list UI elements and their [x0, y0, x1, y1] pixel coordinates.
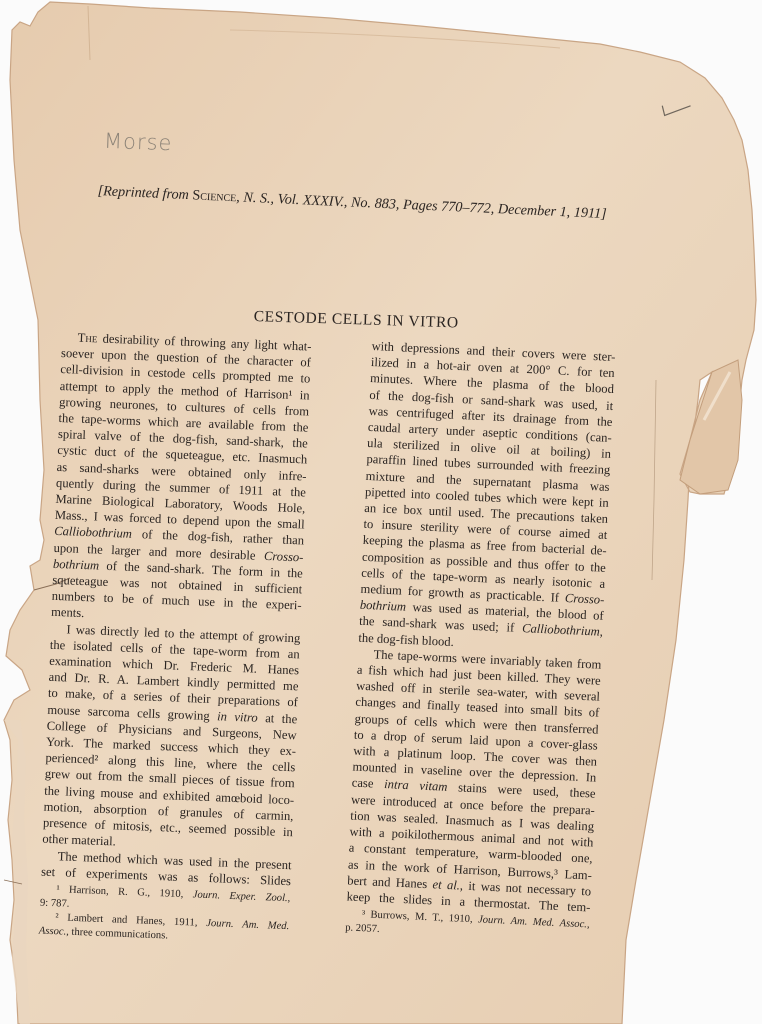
left-column: The desirability of throwing any light w…: [39, 329, 312, 948]
journal-name: Science: [192, 187, 237, 205]
right-column: with depressions and their covers were s…: [345, 338, 616, 947]
scanned-paper-page: Morse [Reprinted from Science, N. S., Vo…: [0, 0, 762, 1024]
left-footnotes: ¹ Harrison, R. G., 1910, Journ. Exper. Z…: [39, 882, 291, 948]
left-column-body: The desirability of throwing any light w…: [41, 329, 312, 889]
handwritten-name: Morse: [104, 129, 173, 155]
right-column-body: with depressions and their covers were s…: [346, 338, 615, 916]
